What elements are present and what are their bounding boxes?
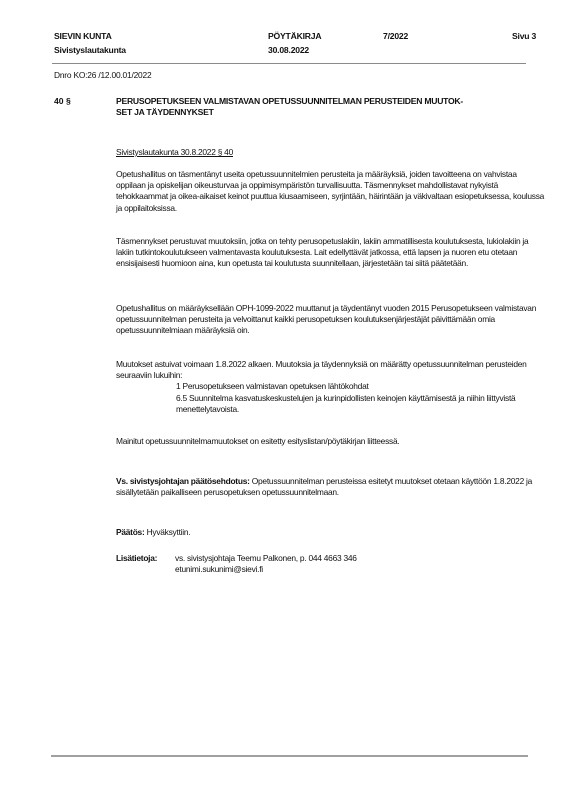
further-info-values: vs. sivistysjohtaja Teemu Palkonen, p. 0… xyxy=(175,553,357,575)
changes-intro: Muutokset astuivat voimaan 1.8.2022 alka… xyxy=(116,359,548,381)
decision-text: Hyväksyttiin. xyxy=(147,527,191,537)
page-number: Sivu 3 xyxy=(512,31,536,41)
proposal-block: Vs. sivistysjohtajan päätösehdotus: Opet… xyxy=(116,476,548,498)
changes-list-item: 1 Perusopetukseen valmistavan opetuksen … xyxy=(116,381,548,392)
document-number: 7/2022 xyxy=(383,31,408,41)
footer-divider xyxy=(51,755,528,757)
attachment-note: Mainitut opetussuunnitelmamuutokset on e… xyxy=(116,436,548,447)
meeting-date: 30.08.2022 xyxy=(268,45,309,55)
committee-name: Sivistyslautakunta xyxy=(54,45,126,55)
attachment-note-block: Mainitut opetussuunnitelmamuutokset on e… xyxy=(116,436,548,447)
section-title-line-1: PERUSOPETUKSEEN VALMISTAVAN OPETUSSUUNNI… xyxy=(116,96,463,106)
document-type: PÖYTÄKIRJA xyxy=(268,31,321,41)
record-number: Dnro KO:26 /12.00.01/2022 xyxy=(54,70,151,80)
paragraph-2: Täsmennykset perustuvat muutoksiin, jotk… xyxy=(116,236,548,270)
paragraph-text: Opetushallitus on täsmentänyt useita ope… xyxy=(116,169,548,214)
paragraph-1: Opetushallitus on täsmentänyt useita ope… xyxy=(116,169,548,214)
contact-email[interactable]: etunimi.sukunimi@sievi.fi xyxy=(175,564,357,575)
meeting-reference: Sivistyslautakunta 30.8.2022 § 40 xyxy=(116,147,233,157)
changes-block: Muutokset astuivat voimaan 1.8.2022 alka… xyxy=(116,359,548,415)
paragraph-3: Opetushallitus on määräyksellään OPH-109… xyxy=(116,303,548,337)
organization-name: SIEVIN KUNTA xyxy=(54,31,112,41)
section-number: 40 § xyxy=(54,96,71,106)
paragraph-text: Opetushallitus on määräyksellään OPH-109… xyxy=(116,303,548,337)
decision-label: Päätös: xyxy=(116,527,145,537)
changes-list-item: 6.5 Suunnitelma kasvatuskeskustelujen ja… xyxy=(116,393,548,415)
header-divider xyxy=(52,63,526,64)
section-title-line-2: SET JA TÄYDENNYKSET xyxy=(116,107,214,117)
further-info-label: Lisätietoja: xyxy=(116,553,157,563)
decision-block: Päätös: Hyväksyttiin. xyxy=(116,527,548,538)
section-title: PERUSOPETUKSEEN VALMISTAVAN OPETUSSUUNNI… xyxy=(116,96,536,118)
contact-person: vs. sivistysjohtaja Teemu Palkonen, p. 0… xyxy=(175,553,357,564)
paragraph-text: Täsmennykset perustuvat muutoksiin, jotk… xyxy=(116,236,548,270)
meeting-reference-block: Sivistyslautakunta 30.8.2022 § 40 xyxy=(116,147,548,158)
proposal-label: Vs. sivistysjohtajan päätösehdotus: xyxy=(116,476,250,486)
